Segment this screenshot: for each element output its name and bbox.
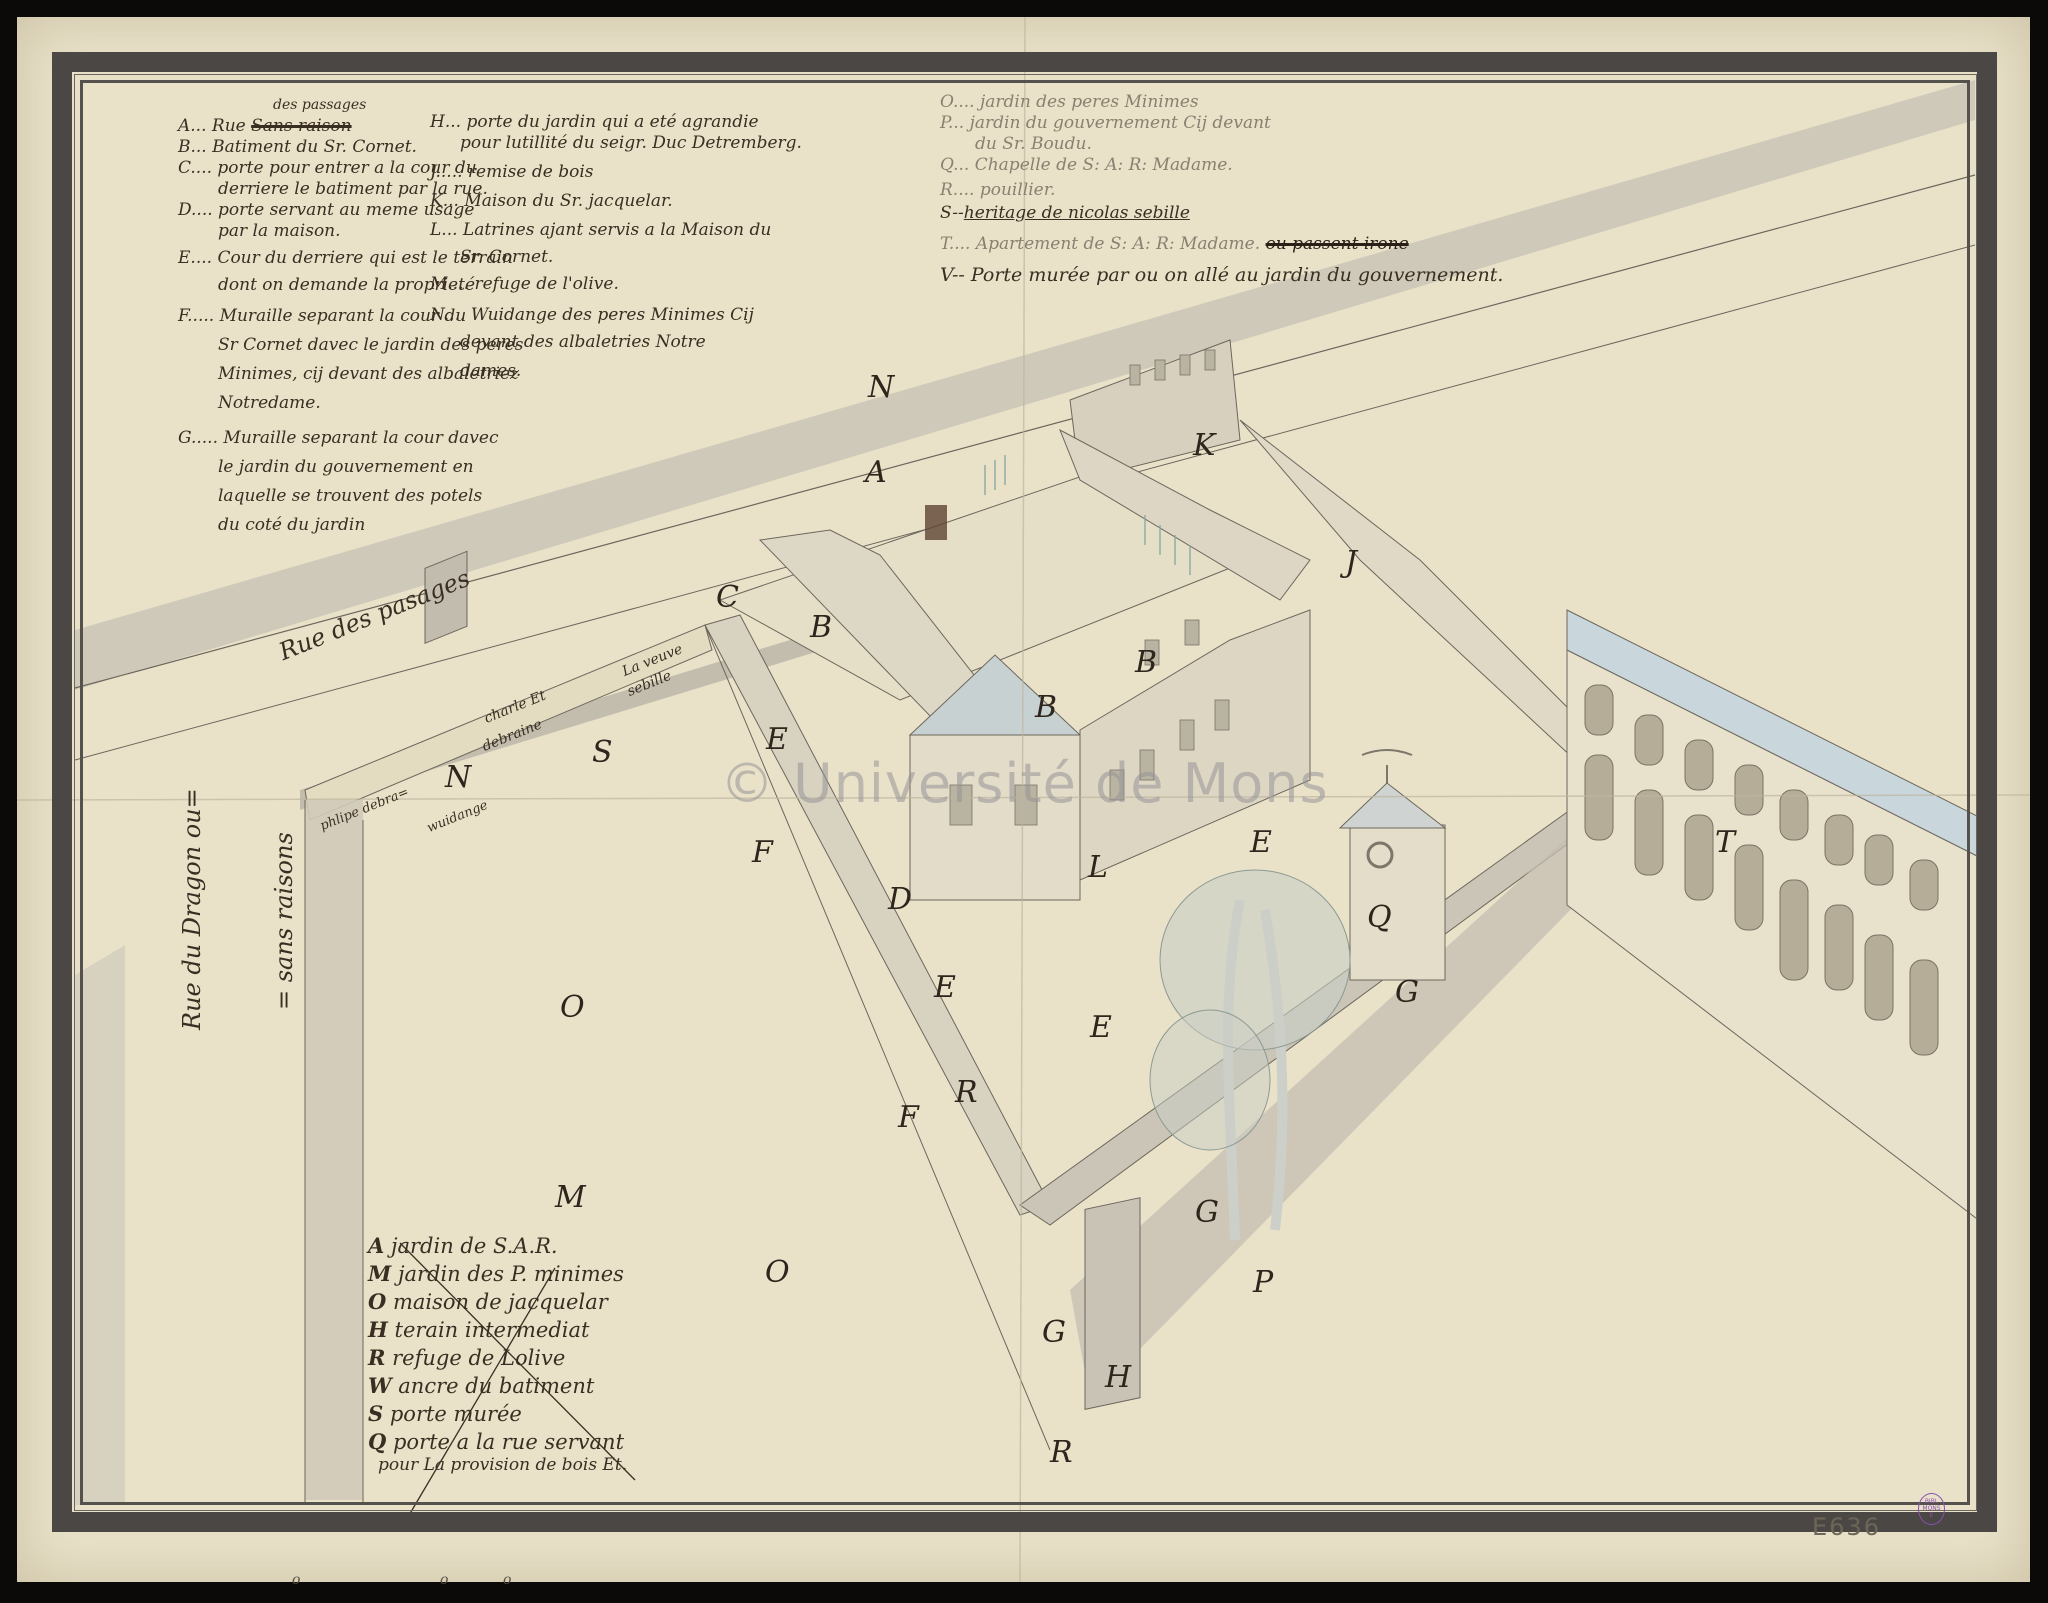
legend-bottom-q: Q porte a la rue servant	[368, 1428, 627, 1456]
legend-item-g-cont1: le jardin du gouvernement en	[178, 457, 523, 478]
legend-item-j: J..... remise de bois	[430, 162, 802, 183]
legend-item-m: M.... refuge de l'olive.	[430, 274, 802, 295]
stamp-line-2: MONS	[1919, 1505, 1944, 1512]
map-letter-l: L	[1088, 850, 1108, 885]
map-letter-d: D	[888, 882, 912, 917]
catalog-number: E636	[1812, 1513, 1881, 1541]
legend-col3: O.... jardin des peres Minimes P... jard…	[940, 92, 1503, 286]
map-letter-m: M	[555, 1180, 586, 1215]
legend-item-q: Q... Chapelle de S: A: R: Madame.	[940, 155, 1503, 176]
map-letter-b2: B	[1035, 690, 1057, 725]
map-letter-f2: F	[898, 1100, 919, 1135]
legend-col2: H... porte du jardin qui a eté agrandie …	[430, 112, 802, 382]
map-letter-e3: E	[934, 970, 956, 1005]
legend-item-v: V-- Porte murée par ou on allé au jardin…	[940, 265, 1503, 286]
map-letter-n-top: N	[868, 370, 894, 405]
library-stamp: BIBL MONS E	[1918, 1493, 1945, 1525]
map-letter-k: K	[1193, 428, 1215, 463]
legend-item-p-cont: du Sr. Boudu.	[940, 134, 1503, 155]
map-letter-n-box: N	[445, 760, 471, 795]
legend-item-n-cont1: devant des albaletries Notre	[430, 332, 802, 353]
map-letter-b1: B	[810, 610, 832, 645]
map-letter-g3: G	[1042, 1315, 1066, 1350]
legend-item-h-cont: pour lutillité du seigr. Duc Detremberg.	[430, 133, 802, 154]
map-letter-p: P	[1253, 1265, 1273, 1300]
map-letter-e2: E	[1250, 825, 1272, 860]
label-rue-du-dragon: Rue du Dragon ou=	[178, 788, 206, 1030]
stamp-line-3: E	[1919, 1512, 1944, 1519]
legend-item-t: T.... Apartement de S: A: R: Madame. ou …	[940, 234, 1503, 255]
copyright-watermark: © Université de Mons	[720, 752, 1329, 815]
map-letter-f1: F	[752, 835, 773, 870]
map-letter-j: J	[1345, 545, 1357, 580]
bottom-mark: o	[503, 1572, 511, 1588]
map-letter-s-left: S	[592, 735, 613, 770]
stamp-line-1: BIBL	[1919, 1498, 1944, 1505]
legend-bottom: A jardin de S.A.R. M jardin des P. minim…	[368, 1232, 627, 1474]
legend-bottom-q-cont: pour La provision de bois Et.	[368, 1456, 627, 1474]
label-sans-raisons: = sans raisons	[270, 832, 298, 1010]
legend-item-n: N.... Wuidange des peres Minimes Cij	[430, 305, 802, 326]
map-letter-b3: B	[1135, 645, 1157, 680]
legend-bottom-h: H terain intermediat	[368, 1316, 627, 1344]
map-letter-o2: O	[765, 1255, 790, 1290]
map-letter-r: R	[955, 1075, 978, 1110]
legend-bottom-a: A jardin de S.A.R.	[368, 1232, 627, 1260]
legend-bottom-o: O maison de jacquelar	[368, 1288, 627, 1316]
legend-item-h: H... porte du jardin qui a eté agrandie	[430, 112, 802, 133]
map-letter-c: C	[716, 580, 739, 615]
legend-bottom-w: W ancre du batiment	[368, 1372, 627, 1400]
bottom-mark: o	[440, 1572, 448, 1588]
legend-bottom-s: S porte murée	[368, 1400, 627, 1428]
legend-item-r: R.... pouillier.	[940, 180, 1503, 201]
legend-item-f-cont3: Notredame.	[178, 393, 523, 414]
map-letter-g2: G	[1195, 1195, 1219, 1230]
map-letter-a-street: A	[865, 455, 887, 490]
map-letter-t: T	[1715, 825, 1735, 860]
legend-item-g-cont3: du coté du jardin	[178, 515, 523, 536]
legend-item-p: P... jardin du gouvernement Cij devant	[940, 113, 1503, 134]
map-letter-g1: G	[1395, 975, 1419, 1010]
map-letter-e4: E	[1090, 1010, 1112, 1045]
legend-item-l-cont: Sr. Cornet.	[430, 247, 802, 268]
legend-item-o: O.... jardin des peres Minimes	[940, 92, 1503, 113]
legend-bottom-m: M jardin des P. minimes	[368, 1260, 627, 1288]
legend-item-n-cont2: dames.	[430, 361, 802, 382]
map-letter-o1: O	[560, 990, 585, 1025]
map-letter-r2: R	[1050, 1435, 1073, 1470]
legend-item-l: L... Latrines ajant servis a la Maison d…	[430, 220, 802, 241]
map-letter-q-tower: Q	[1367, 900, 1392, 935]
map-letter-h: H	[1105, 1360, 1131, 1395]
legend-item-g: G..... Muraille separant la cour davec	[178, 428, 523, 449]
legend-item-k: K... Maison du Sr. jacquelar.	[430, 191, 802, 212]
legend-bottom-r: R refuge de Lolive	[368, 1344, 627, 1372]
legend-item-g-cont2: laquelle se trouvent des potels	[178, 486, 523, 507]
bottom-mark: o	[292, 1572, 300, 1588]
legend-item-s: S--heritage de nicolas sebille	[940, 203, 1503, 224]
